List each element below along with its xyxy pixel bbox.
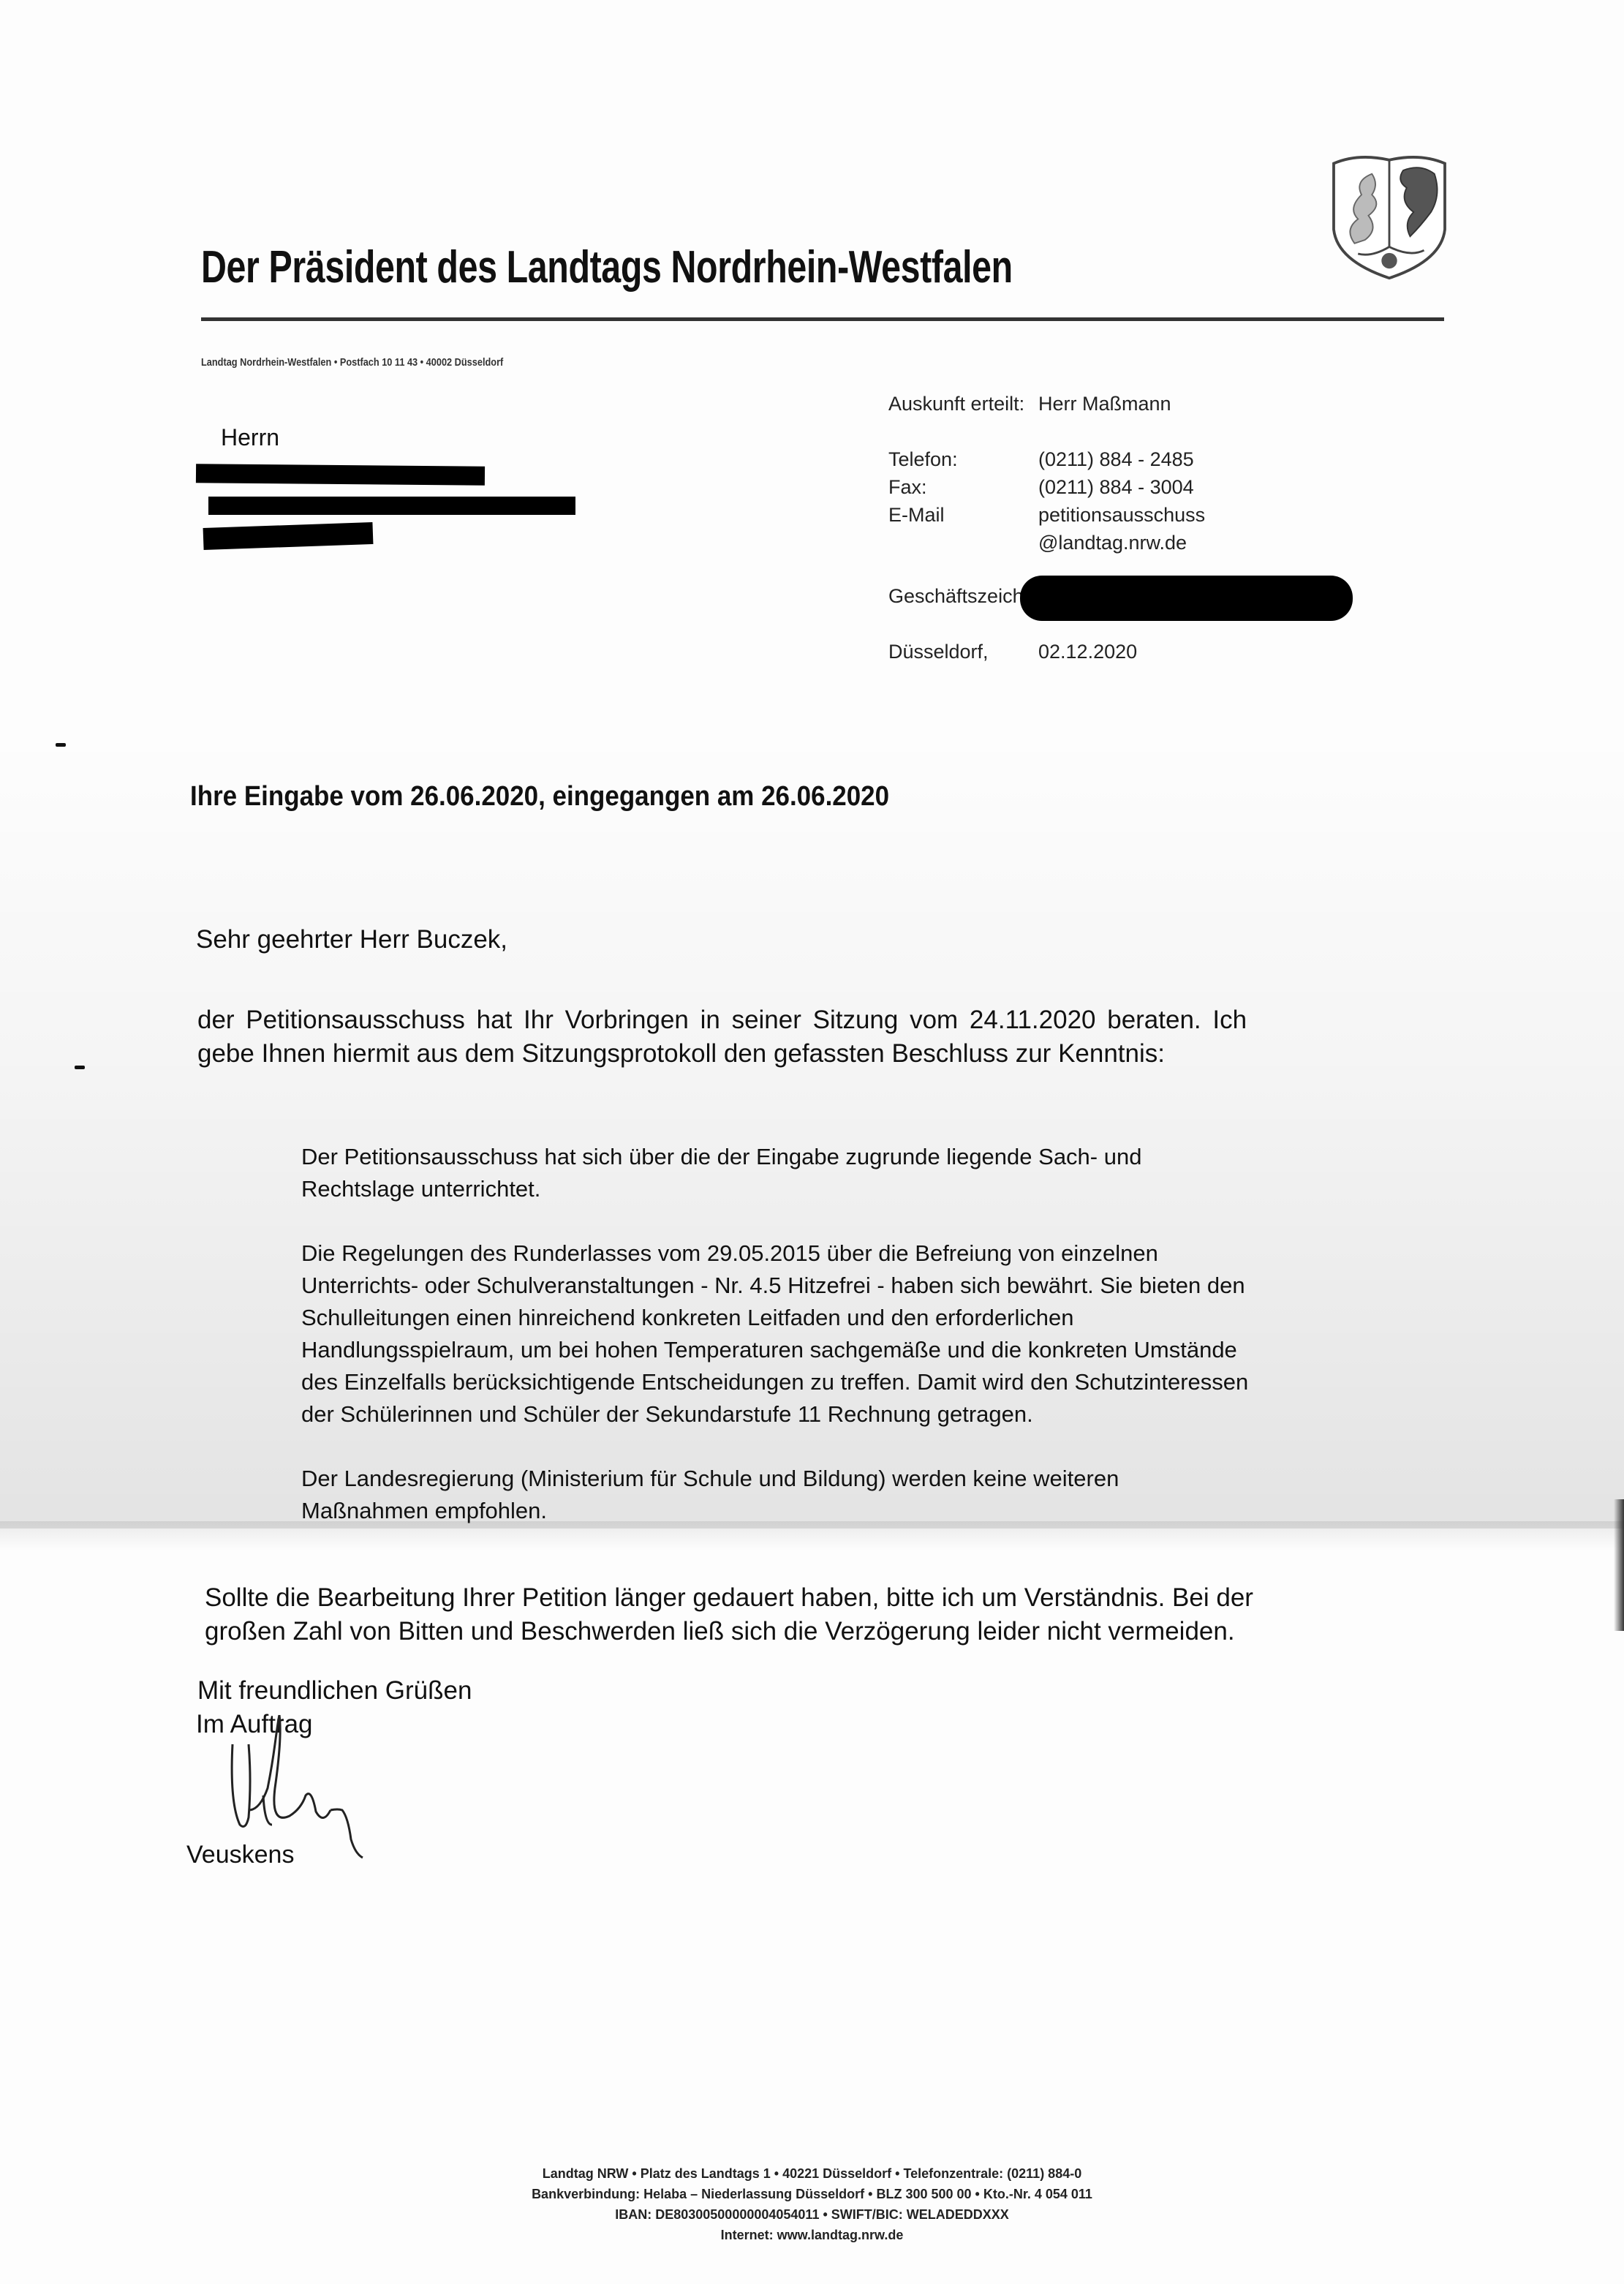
intro-line: gebe Ihnen hiermit aus dem Sitzungsproto… (197, 1037, 1247, 1071)
resolution-line: Maßnahmen empfohlen. (301, 1495, 1248, 1527)
resolution-line: Der Landesregierung (Ministerium für Sch… (301, 1463, 1248, 1495)
info-label-fax: Fax: (888, 476, 927, 499)
nrw-coat-of-arms-icon (1320, 143, 1459, 282)
info-value-email-domain[interactable]: @landtag.nrw.de (1038, 532, 1187, 554)
intro-line: der Petitionsausschuss hat Ihr Vorbringe… (197, 1003, 1247, 1037)
resolution-paragraph: Der Landesregierung (Ministerium für Sch… (301, 1463, 1248, 1527)
letterhead-title: Der Präsident des Landtags Nordrhein-Wes… (201, 241, 1013, 293)
resolution-paragraph: Der Petitionsausschuss hat sich über die… (301, 1141, 1248, 1205)
resolution-line: Der Petitionsausschuss hat sich über die… (301, 1141, 1248, 1173)
apology-line: Sollte die Bearbeitung Ihrer Petition lä… (205, 1581, 1253, 1615)
letter-salutation: Sehr geehrter Herr Buczek, (196, 925, 507, 954)
resolution-line: Schulleitungen einen hinreichend konkret… (301, 1302, 1248, 1334)
fold-mark (56, 743, 66, 747)
signatory-name: Veuskens (186, 1841, 294, 1869)
apology-line: großen Zahl von Bitten und Beschwerden l… (205, 1615, 1253, 1648)
recipient-salutation-line: Herrn (221, 424, 279, 451)
resolution-line: Unterrichts- oder Schulveranstaltungen -… (301, 1270, 1248, 1302)
resolution-paragraph: Die Regelungen des Runderlasses vom 29.0… (301, 1237, 1248, 1431)
resolution-line: des Einzelfalls berücksichtigende Entsch… (301, 1366, 1248, 1398)
return-address: Landtag Nordrhein-Westfalen • Postfach 1… (201, 356, 503, 369)
info-value-fax: (0211) 884 - 3004 (1038, 476, 1194, 499)
footer-website[interactable]: Internet: www.landtag.nrw.de (0, 2225, 1624, 2245)
resolution-quote: Der Petitionsausschuss hat sich über die… (301, 1141, 1248, 1527)
info-label-contact: Auskunft erteilt: (888, 393, 1024, 415)
resolution-line: Die Regelungen des Runderlasses vom 29.0… (301, 1237, 1248, 1270)
intro-paragraph: der Petitionsausschuss hat Ihr Vorbringe… (197, 1003, 1247, 1071)
letterhead-divider (201, 317, 1444, 321)
resolution-line: Rechtslage unterrichtet. (301, 1173, 1248, 1205)
letter-page: Der Präsident des Landtags Nordrhein-Wes… (0, 0, 1624, 2284)
redacted-recipient-street (208, 497, 575, 515)
footer-iban: IBAN: DE80300500000004054011 • SWIFT/BIC… (0, 2204, 1624, 2225)
resolution-line: der Schülerinnen und Schüler der Sekunda… (301, 1398, 1248, 1431)
redacted-recipient-name (196, 464, 485, 485)
closing-phrase: Mit freundlichen Grüßen (197, 1676, 472, 1706)
info-label-email: E-Mail (888, 504, 945, 527)
info-value-contact: Herr Maßmann (1038, 393, 1171, 415)
info-label-phone: Telefon: (888, 448, 958, 471)
letter-footer: Landtag NRW • Platz des Landtags 1 • 402… (0, 2163, 1624, 2245)
footer-bank: Bankverbindung: Helaba – Niederlassung D… (0, 2184, 1624, 2204)
info-value-email[interactable]: petitionsausschuss (1038, 504, 1205, 527)
punch-mark (75, 1066, 85, 1069)
redacted-reference-number (1020, 576, 1353, 621)
info-label-place: Düsseldorf, (888, 641, 989, 663)
apology-paragraph: Sollte die Bearbeitung Ihrer Petition lä… (205, 1581, 1253, 1648)
footer-address: Landtag NRW • Platz des Landtags 1 • 402… (0, 2163, 1624, 2184)
info-value-date: 02.12.2020 (1038, 641, 1137, 663)
info-value-phone: (0211) 884 - 2485 (1038, 448, 1194, 471)
paper-edge-shadow (1614, 1499, 1624, 1631)
redacted-recipient-city (203, 522, 374, 550)
resolution-line: Handlungsspielraum, um bei hohen Tempera… (301, 1334, 1248, 1366)
letter-subject: Ihre Eingabe vom 26.06.2020, eingegangen… (190, 781, 889, 813)
